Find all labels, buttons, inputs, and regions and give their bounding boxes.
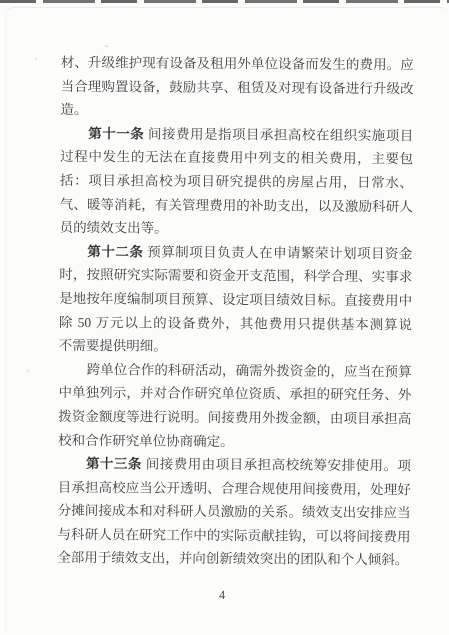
paragraph: 第十一条 间接费用是指项目承担高校在组织实施项目过程中发生的无法在直接费用中列支… <box>60 122 414 242</box>
text-segment: 中单独列示，并对合作研究单位资质、承担的研究任务、外 <box>58 385 411 402</box>
text-segment: 与科研人员在研究工作中的实际贡献挂钩，可以将间接费用 <box>57 527 410 544</box>
page-number: 4 <box>0 586 447 604</box>
scan-speck <box>35 58 37 60</box>
article-heading: 第十一条 <box>88 126 144 141</box>
text-line: 过程中发生的无法在直接费用中列支的相关费用，主要包 <box>60 145 413 171</box>
text-segment: 拨资金额度等进行说明。间接费用外拨金额，由项目承担高 <box>58 409 411 426</box>
text-segment: 时，按照研究实际需要和资金开支范围，科学合理、实事求 <box>59 267 412 284</box>
text-line: 除 50 万元以上的设备费外，其他费用只提供基本测算说明， <box>59 310 412 336</box>
text-block: 材、升级维护现有设备及租用外单位设备而发生的费用。应当合理购置设备，鼓励共享、租… <box>57 51 414 573</box>
scan-speck <box>105 45 108 47</box>
text-line: 员的绩效支出等。 <box>60 216 413 242</box>
text-line: 材、升级维护现有设备及租用外单位设备而发生的费用。应 <box>61 51 414 77</box>
text-segment: 括：项目承担高校为项目研究提供的房屋占用，日常水、电、 <box>60 173 413 195</box>
text-line: 气、暖等消耗，有关管理费用的补助支出，以及激励科研人 <box>60 192 413 218</box>
text-segment: 目承担高校应当公开透明、合理合规使用间接费用，处理好 <box>58 480 411 497</box>
text-line: 全部用于绩效支出，并向创新绩效突出的团队和个人倾斜。 <box>57 546 410 572</box>
text-line: 造。 <box>60 98 413 124</box>
text-line: 中单独列示，并对合作研究单位资质、承担的研究任务、外 <box>58 381 411 407</box>
article-heading: 第十二条 <box>87 244 143 259</box>
text-segment: 员的绩效支出等。 <box>60 220 168 236</box>
text-segment: 过程中发生的无法在直接费用中列支的相关费用，主要包 <box>60 149 413 166</box>
text-line: 与科研人员在研究工作中的实际贡献挂钩，可以将间接费用 <box>57 523 410 549</box>
text-line: 第十二条 预算制项目负责人在申请繁荣计划项目资金 <box>59 240 412 266</box>
text-segment: 气、暖等消耗，有关管理费用的补助支出，以及激励科研人 <box>60 196 413 213</box>
text-line: 校和合作研究单位协商确定。 <box>58 428 411 454</box>
paragraph: 第十二条 预算制项目负责人在申请繁荣计划项目资金时，按照研究实际需要和资金开支范… <box>59 240 413 360</box>
text-segment: 校和合作研究单位协商确定。 <box>58 432 234 448</box>
text-segment: 造。 <box>60 102 87 117</box>
text-line: 分摊间接成本和对科研人员激励的关系。绩效支出安排应当 <box>58 499 411 525</box>
article-heading: 第十三条 <box>86 456 142 471</box>
text-segment: 是地按年度编制项目预算、设定项目绩效目标。直接费用中 <box>59 291 412 308</box>
text-segment: 全部用于绩效支出，并向创新绩效突出的团队和个人倾斜。 <box>57 550 408 567</box>
text-segment: 间接费用由项目承担高校统筹安排使用。项 <box>142 457 411 474</box>
text-segment: 材、升级维护现有设备及租用外单位设备而发生的费用。应 <box>61 55 414 72</box>
text-segment: 预算制项目负责人在申请繁荣计划项目资金 <box>143 244 412 261</box>
paragraph: 第十三条 间接费用由项目承担高校统筹安排使用。项目承担高校应当公开透明、合理合规… <box>57 452 411 572</box>
text-line: 不需要提供明细。 <box>59 334 412 360</box>
text-line: 括：项目承担高校为项目研究提供的房屋占用，日常水、电、 <box>60 169 413 195</box>
text-segment: 跨单位合作的科研活动，确需外拨资金的，应当在预算 <box>87 362 412 379</box>
text-segment: 不需要提供明细。 <box>59 338 167 354</box>
paragraph: 跨单位合作的科研活动，确需外拨资金的，应当在预算中单独列示，并对合作研究单位资质… <box>58 358 412 455</box>
text-line: 跨单位合作的科研活动，确需外拨资金的，应当在预算 <box>59 358 412 384</box>
text-segment: 分摊间接成本和对科研人员激励的关系。绩效支出安排应当 <box>58 503 411 520</box>
text-line: 第十一条 间接费用是指项目承担高校在组织实施项目 <box>60 122 413 148</box>
scan-speck <box>27 370 30 372</box>
text-segment: 当合理购置设备，鼓励共享、租赁及对现有设备进行升级改 <box>61 78 414 95</box>
text-line: 是地按年度编制项目预算、设定项目绩效目标。直接费用中 <box>59 287 412 313</box>
text-line: 时，按照研究实际需要和资金开支范围，科学合理、实事求 <box>59 263 412 289</box>
text-segment: 间接费用是指项目承担高校在组织实施项目 <box>144 126 413 143</box>
text-line: 目承担高校应当公开透明、合理合规使用间接费用，处理好 <box>58 476 411 502</box>
document-page: 材、升级维护现有设备及租用外单位设备而发生的费用。应当合理购置设备，鼓励共享、租… <box>0 0 449 635</box>
text-segment: 除 50 万元以上的设备费外，其他费用只提供基本测算说明， <box>59 314 412 336</box>
text-line: 拨资金额度等进行说明。间接费用外拨金额，由项目承担高 <box>58 405 411 431</box>
text-line: 第十三条 间接费用由项目承担高校统筹安排使用。项 <box>58 452 411 478</box>
text-line: 当合理购置设备，鼓励共享、租赁及对现有设备进行升级改 <box>61 74 414 100</box>
paragraph: 材、升级维护现有设备及租用外单位设备而发生的费用。应当合理购置设备，鼓励共享、租… <box>60 51 413 124</box>
